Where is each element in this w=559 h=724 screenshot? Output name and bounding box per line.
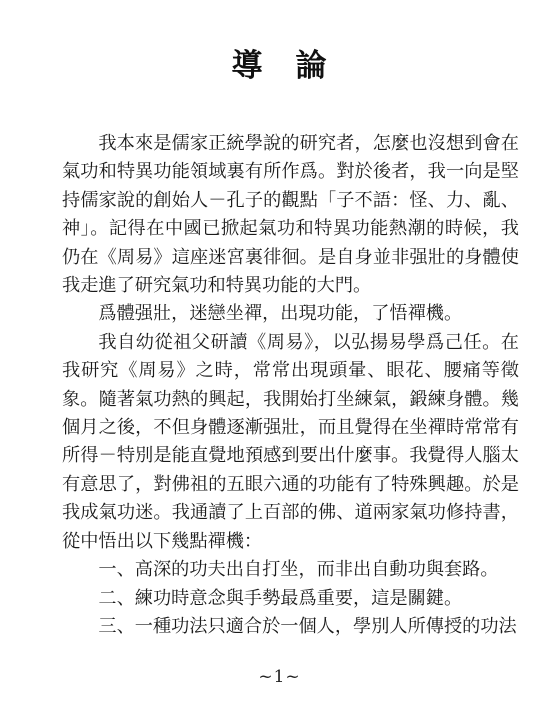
list-item-one: 一、高深的功夫出自打坐，而非出自動功與套路。 <box>62 556 519 584</box>
paragraph-zhouyi: 我自幼從祖父研讀《周易》，以弘揚易學爲己任。在我研究《周易》之時，常常出現頭暈、… <box>62 329 519 556</box>
body-text: 我本來是儒家正統學說的研究者，怎麼也沒想到會在氣功和特異功能領域裏有所作爲。對於… <box>62 130 519 641</box>
list-item-three: 三、一種功法只適合於一個人，學別人所傳授的功法 <box>62 613 519 641</box>
paragraph-intro: 我本來是儒家正統學說的研究者，怎麼也沒想到會在氣功和特異功能領域裏有所作爲。對於… <box>62 130 519 300</box>
page-title: 導 論 <box>0 40 559 85</box>
list-item-two: 二、練功時意念與手勢最爲重要，這是關鍵。 <box>62 585 519 613</box>
paragraph-summary: 爲體强壯，迷戀坐禪，出現功能，了悟禪機。 <box>62 300 519 328</box>
page-number: ~1~ <box>0 667 559 687</box>
book-page: 導 論 我本來是儒家正統學說的研究者，怎麼也沒想到會在氣功和特異功能領域裏有所作… <box>0 0 559 724</box>
